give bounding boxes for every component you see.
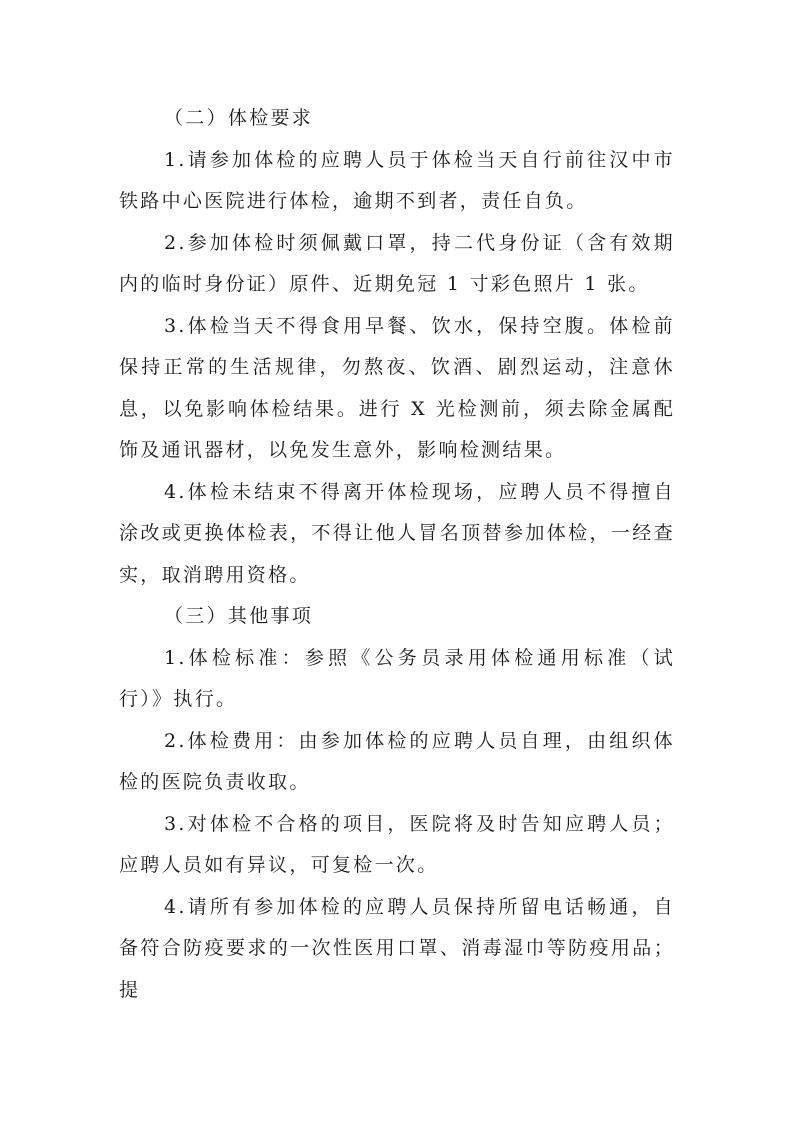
paragraph: 3.对体检不合格的项目，医院将及时告知应聘人员；应聘人员如有异议，可复检一次。	[119, 804, 675, 887]
document-page: （二）体检要求 1.请参加体检的应聘人员于体检当天自行前往汉中市铁路中心医院进行…	[119, 98, 675, 1011]
paragraph: 3.体检当天不得食用早餐、饮水，保持空腹。体检前保持正常的生活规律，勿熬夜、饮酒…	[119, 306, 675, 472]
paragraph: 2.参加体检时须佩戴口罩，持二代身份证（含有效期内的临时身份证）原件、近期免冠 …	[119, 223, 675, 306]
section-other-matters: （三）其他事项 1.体检标准：参照《公务员录用体检通用标准（试行）》执行。 2.…	[119, 596, 675, 1011]
paragraph: 4.请所有参加体检的应聘人员保持所留电话畅通，自备符合防疫要求的一次性医用口罩、…	[119, 887, 675, 1012]
section-heading: （二）体检要求	[119, 98, 675, 140]
section-physical-exam-requirements: （二）体检要求 1.请参加体检的应聘人员于体检当天自行前往汉中市铁路中心医院进行…	[119, 98, 675, 596]
section-heading: （三）其他事项	[119, 596, 675, 638]
paragraph: 4.体检未结束不得离开体检现场，应聘人员不得擅自涂改或更换体检表，不得让他人冒名…	[119, 472, 675, 597]
paragraph: 2.体检费用：由参加体检的应聘人员自理，由组织体检的医院负责收取。	[119, 721, 675, 804]
paragraph: 1.体检标准：参照《公务员录用体检通用标准（试行）》执行。	[119, 638, 675, 721]
paragraph: 1.请参加体检的应聘人员于体检当天自行前往汉中市铁路中心医院进行体检，逾期不到者…	[119, 140, 675, 223]
